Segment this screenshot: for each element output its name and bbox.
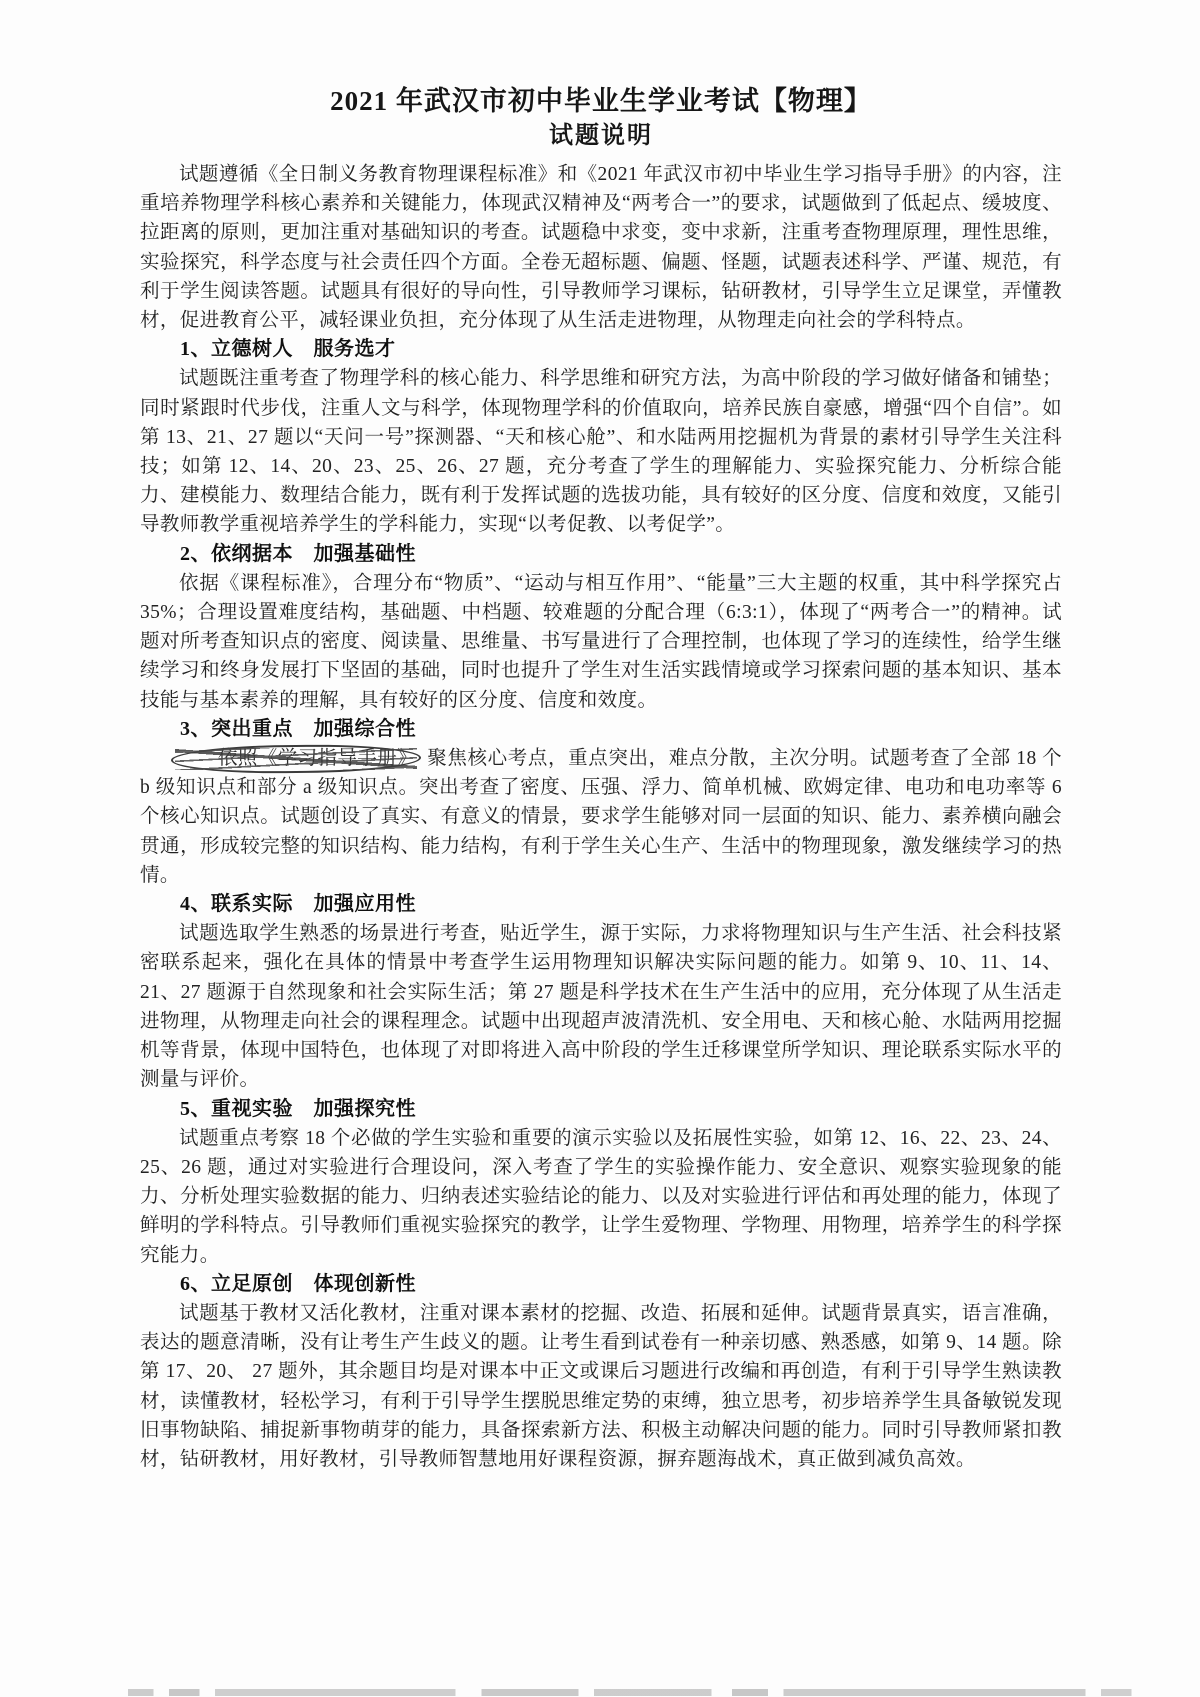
section-4-heading: 4、联系实际 加强应用性 [140,890,1062,919]
document-title: 2021 年武汉市初中毕业生学业考试【物理】 [140,84,1062,118]
section-2-heading: 2、依纲据本 加强基础性 [140,540,1062,569]
document-content: 2021 年武汉市初中毕业生学业考试【物理】 试题说明 试题遵循《全日制义务教育… [140,84,1062,1474]
document-subtitle: 试题说明 [140,120,1062,152]
scanned-document-page: 2021 年武汉市初中毕业生学业考试【物理】 试题说明 试题遵循《全日制义务教育… [0,0,1200,1697]
next-page-edge-artifact [128,1689,1152,1696]
section-6-heading: 6、立足原创 体现创新性 [140,1270,1062,1299]
section-3-heading: 3、突出重点 加强综合性 [140,715,1062,744]
scribbled-out-text: 依照《学习指导手册》 [179,744,417,773]
section-1-body: 试题既注重考查了物理学科的核心能力、科学思维和研究方法，为高中阶段的学习做好储备… [140,364,1062,539]
intro-paragraph: 试题遵循《全日制义务教育物理课程标准》和《2021 年武汉市初中毕业生学习指导手… [140,160,1062,335]
section-6-body: 试题基于教材又活化教材，注重对课本素材的挖掘、改造、拓展和延伸。试题背景真实，语… [140,1299,1062,1474]
section-3-body: 依照《学习指导手册》聚焦核心考点，重点突出，难点分散，主次分明。试题考查了全部 … [140,744,1062,890]
section-1-heading: 1、立德树人 服务选才 [140,335,1062,364]
section-4-body: 试题选取学生熟悉的场景进行考查，贴近学生，源于实际，力求将物理知识与生产生活、社… [140,919,1062,1094]
section-5-body: 试题重点考察 18 个必做的学生实验和重要的演示实验以及拓展性实验，如第 12、… [140,1124,1062,1270]
section-2-body: 依据《课程标准》，合理分布“物质”、“运动与相互作用”、“能量”三大主题的权重，… [140,569,1062,715]
section-5-heading: 5、重视实验 加强探究性 [140,1095,1062,1124]
